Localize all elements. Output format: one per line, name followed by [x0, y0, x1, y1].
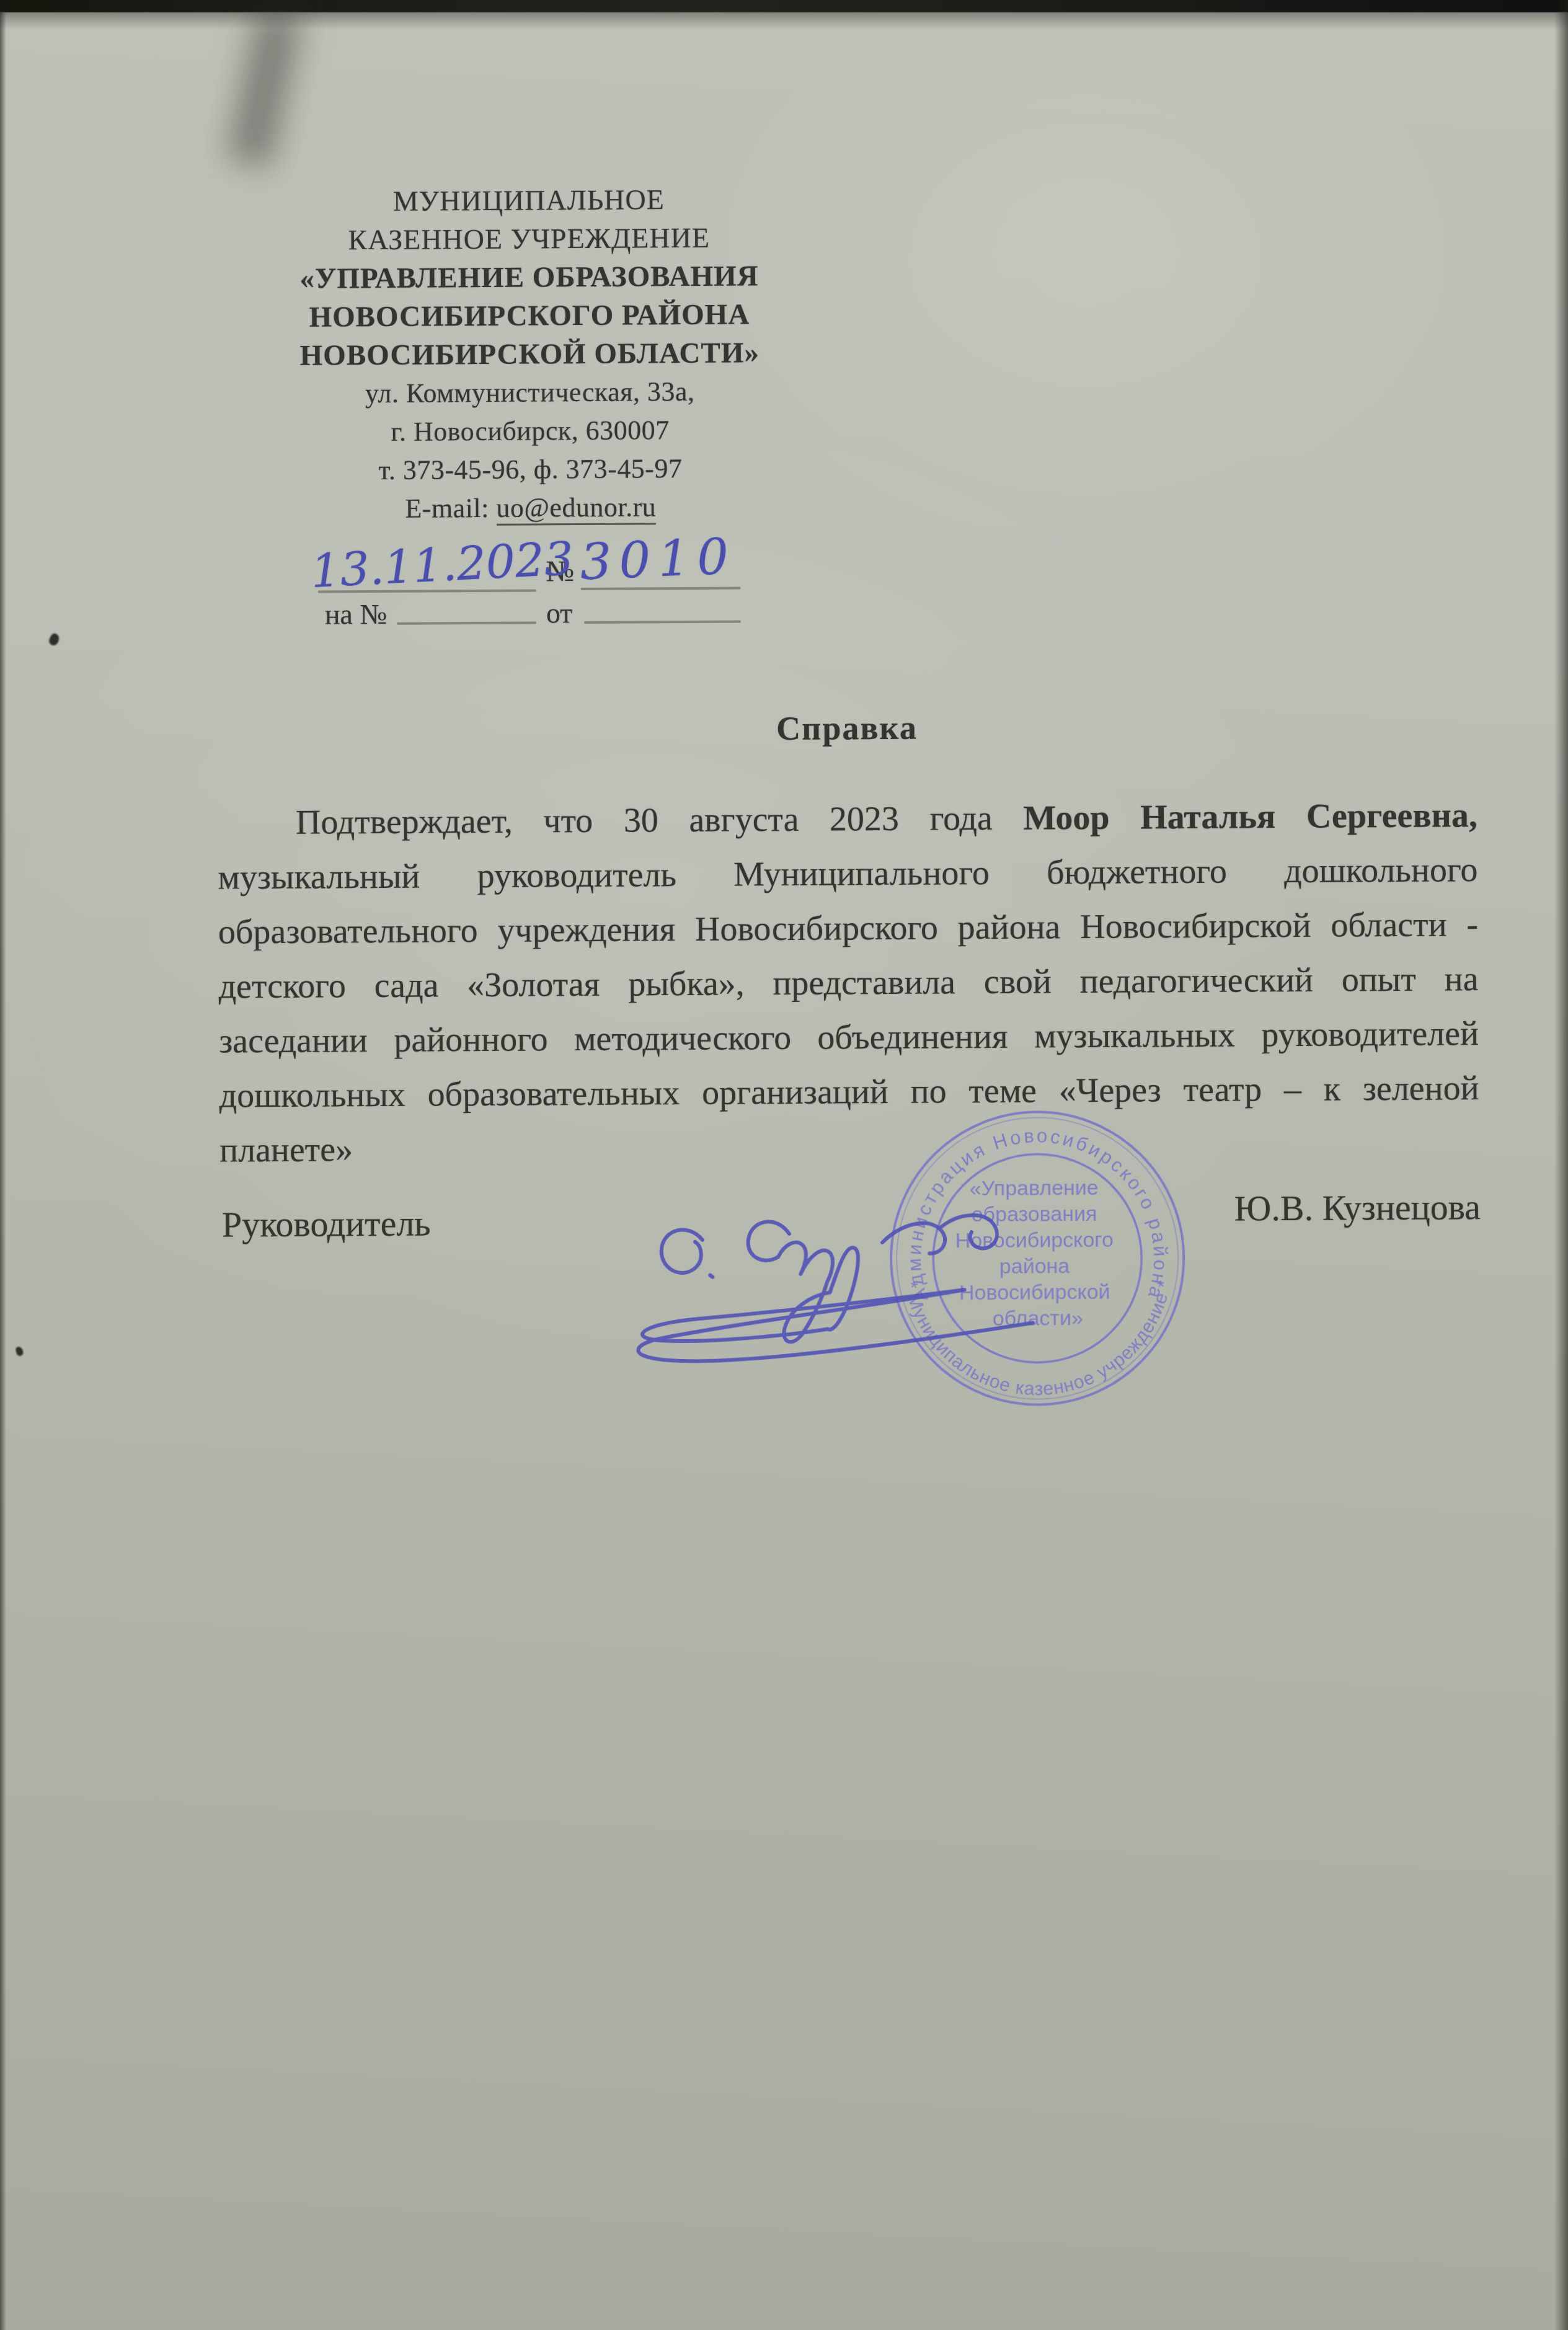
person-name-bold: Моор Наталья Сергеевна,	[1023, 796, 1477, 837]
letterhead-email-line: E-mail: uo@edunor.ru	[264, 487, 797, 529]
scanned-document-page: МУНИЦИПАЛЬНОЕ КАЗЕННОЕ УЧРЕЖДЕНИЕ «УПРАВ…	[0, 0, 1568, 2330]
body-line: заседании районного методического объеди…	[219, 1006, 1479, 1068]
letterhead-org-line: НОВОСИБИРСКОЙ ОБЛАСТИ»	[263, 334, 796, 375]
body-line: Подтверждает, что 30 августа 2023 года М…	[218, 788, 1477, 850]
letterhead-org-line: «УПРАВЛЕНИЕ ОБРАЗОВАНИЯ	[262, 257, 795, 298]
document-title: Справка	[217, 705, 1477, 751]
letterhead-org-line: МУНИЦИПАЛЬНОЕ	[262, 180, 795, 221]
handwritten-date: 13.11.2023	[309, 533, 547, 598]
body-paragraph: Подтверждает, что 30 августа 2023 года М…	[218, 788, 1480, 1177]
letterhead-org-line: КАЗЕННОЕ УЧРЕЖДЕНИЕ	[262, 218, 795, 260]
body-line: дошкольных образовательных организаций п…	[219, 1061, 1479, 1123]
handwritten-signature	[609, 1179, 1180, 1387]
reply-to-number-label: на №	[325, 598, 388, 631]
reply-from-label: от	[546, 596, 573, 629]
letterhead-address-city: г. Новосибирск, 630007	[264, 410, 797, 452]
signature-stroke	[882, 1215, 997, 1254]
reply-number-blank-line	[397, 621, 536, 624]
signature-stroke	[662, 1229, 703, 1273]
signature-stroke	[778, 1242, 859, 1342]
body-line: музыкальный руководитель Муниципального …	[218, 843, 1477, 905]
email-label: E-mail:	[405, 493, 489, 524]
body-line: образовательного учреждения Новосибирско…	[218, 897, 1478, 959]
signature-stroke	[748, 1221, 789, 1260]
letterhead-address-street: ул. Коммунистическая, 33а,	[263, 372, 796, 414]
email-address: uo@edunor.ru	[496, 492, 656, 526]
signature-stroke	[710, 1275, 712, 1277]
body-line: детского сада «Золотая рыбка», представи…	[218, 952, 1478, 1014]
document-content: МУНИЦИПАЛЬНОЕ КАЗЕННОЕ УЧРЕЖДЕНИЕ «УПРАВ…	[0, 0, 1568, 2330]
signatory-role-label: Руководитель	[222, 1202, 431, 1245]
letterhead-phone-fax: т. 373-45-96, ф. 373-45-97	[264, 449, 797, 490]
body-text: Подтверждает, что 30 августа 2023 года	[296, 799, 993, 842]
signatory-name: Ю.В. Кузнецова	[1234, 1186, 1513, 1229]
body-line: планете»	[219, 1115, 1479, 1177]
reply-date-blank-line	[584, 620, 741, 624]
handwritten-outgoing-number: 3010	[577, 527, 740, 591]
letterhead-org-line: НОВОСИБИРСКОГО РАЙОНА	[263, 295, 796, 337]
letterhead: МУНИЦИПАЛЬНОЕ КАЗЕННОЕ УЧРЕЖДЕНИЕ «УПРАВ…	[262, 180, 797, 529]
